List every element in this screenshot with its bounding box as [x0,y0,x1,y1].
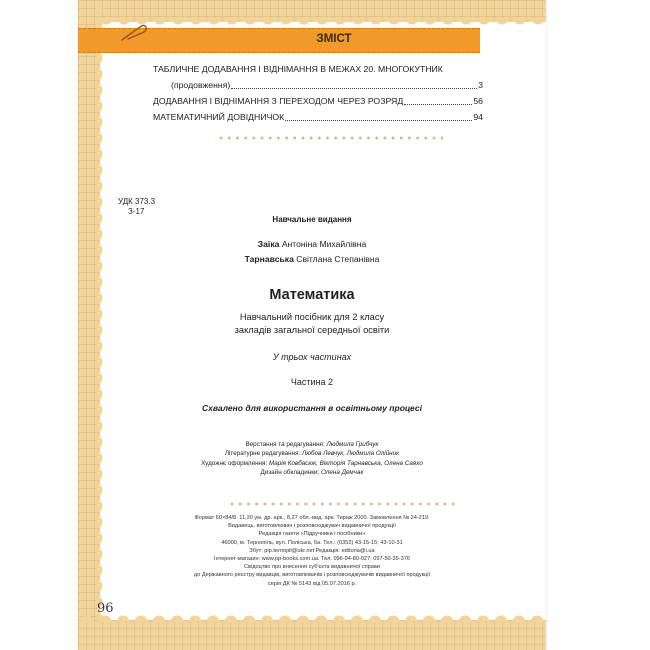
imprint-line: Видавець, виготовлювач і розповсюджувач … [78,522,546,530]
publication-type: Навчальне видання [78,215,546,224]
book-title: Математика [78,287,546,303]
toc-page-number: 56 [473,93,483,109]
udk-classification: УДК 373.3 З-17 [118,197,155,217]
imprint-line: Редакція газети «Підручники і посібники» [78,530,546,538]
credit-line: Літературне редагування: Любов Левчук, Л… [78,449,546,458]
torn-edge-bottom [78,610,546,622]
book-page: ЗМІСТ ТАБЛИЧНЕ ДОДАВАННЯ І ВІДНІМАННЯ В … [78,0,546,650]
imprint-line: Формат 60×84/8. 11,20 ум. др. арк., 8,27… [78,514,546,522]
book-subtitle: Навчальний посібник для 2 класу закладів… [78,311,546,337]
table-of-contents: ТАБЛИЧНЕ ДОДАВАННЯ І ВІДНІМАННЯ В МЕЖАХ … [153,61,483,125]
toc-entry-label: (продовження) [171,77,230,93]
author: Заїка Антоніна Михайлівна [78,237,546,252]
authors: Заїка Антоніна Михайлівна Тарнавська Сві… [78,237,546,267]
handwritten-page-number: 96 [97,601,114,616]
credit-line: Художнє оформлення: Марія Ковбасюк, Вікт… [78,459,546,468]
imprint-line: 46000, м. Тернопіль, вул. Поліська, 6а. … [78,539,546,547]
decorative-dot-divider [217,136,443,140]
imprint-line: серія ДК № 5143 від 05.07.2016 р. [78,580,546,588]
toc-entry-label: ТАБЛИЧНЕ ДОДАВАННЯ І ВІДНІМАННЯ В МЕЖАХ … [153,61,443,77]
toc-page-number: 94 [473,109,483,125]
toc-entry[interactable]: ТАБЛИЧНЕ ДОДАВАННЯ І ВІДНІМАННЯ В МЕЖАХ … [153,61,483,77]
toc-entry-label: ДОДАВАННЯ І ВІДНІМАННЯ З ПЕРЕХОДОМ ЧЕРЕЗ… [153,93,403,109]
toc-leader-dots [231,77,477,89]
imprint: Формат 60×84/8. 11,20 ум. др. арк., 8,27… [78,514,546,588]
torn-edge-top [78,18,546,28]
author: Тарнавська Світлана Степанівна [78,252,546,267]
toc-entry[interactable]: МАТЕМАТИЧНИЙ ДОВІДНИЧОК 94 [153,109,483,125]
grid-paper-border-bottom [78,620,546,650]
imprint-line: Інтернет-магазин: www.pp-books.com.ua. Т… [78,555,546,563]
toc-entry[interactable]: ДОДАВАННЯ І ВІДНІМАННЯ З ПЕРЕХОДОМ ЧЕРЕЗ… [153,93,483,109]
toc-leader-dots [404,93,472,105]
toc-entry-continuation[interactable]: (продовження) 3 [153,77,483,93]
udk-code: УДК 373.3 [118,197,155,207]
credits: Верстання та редагування: Людмила Грибчу… [78,440,546,477]
imprint-line: Свідоцтво про внесення суб'єкта видавнич… [78,563,546,571]
imprint-line: Збут: pip.ternopil@ukr.net Редакція: edi… [78,547,546,555]
parts-note: У трьох частинах [78,352,546,362]
paperclip-icon [118,24,148,42]
credit-line: Верстання та редагування: Людмила Грибчу… [78,440,546,449]
part-number: Частина 2 [78,377,546,387]
credit-line: Дизайн обкладинки: Олена Демчак [78,468,546,477]
decorative-dot-divider [228,502,460,506]
toc-leader-dots [285,109,472,121]
toc-page-number: 3 [478,77,483,93]
toc-entry-label: МАТЕМАТИЧНИЙ ДОВІДНИЧОК [153,109,284,125]
imprint-line: до Державного реєстру видавців, виготовл… [78,571,546,579]
approval-note: Схвалено для використання в освітньому п… [78,403,546,413]
